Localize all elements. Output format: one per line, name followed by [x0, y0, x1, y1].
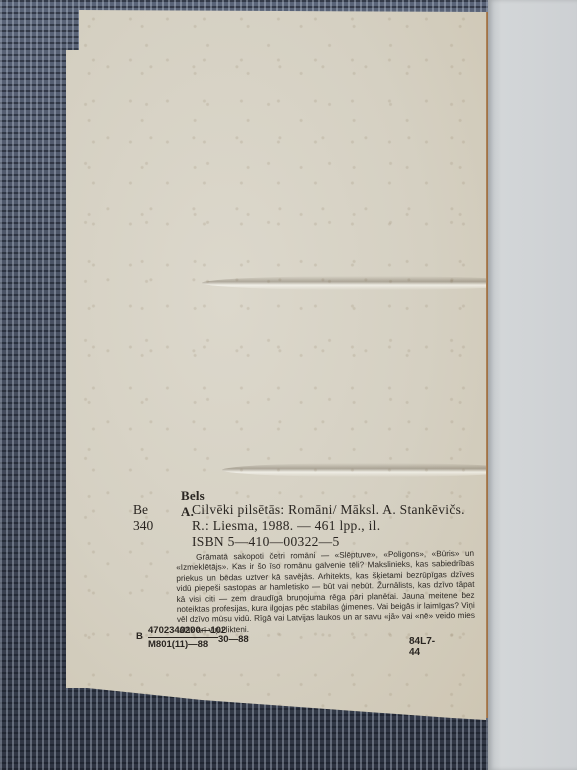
catalog-number: Be 340: [133, 502, 153, 534]
bbk-code: 84L7-44: [409, 636, 435, 658]
book-annotation: Grāmatā sakopoti četri romāni — «Slēptuv…: [176, 549, 475, 636]
classification-numerator: 4702340200—102: [148, 625, 218, 638]
book-title-line: Cilvēki pilsētās: Romāni/ Māksl. A. Stan…: [192, 502, 465, 518]
classification-suffix: 30—88: [218, 634, 249, 645]
facing-page: [488, 0, 577, 770]
classification-fraction: 4702340200—102 M801(11)—88: [148, 625, 218, 650]
classification-denominator: M801(11)—88: [148, 638, 218, 650]
classification-letter: B: [136, 631, 143, 642]
isbn-line: ISBN 5—410—00322—5: [192, 534, 340, 550]
paper-crease: [202, 276, 532, 290]
publication-line: R.: Liesma, 1988. — 461 lpp., il.: [192, 518, 380, 534]
paper-crease: [222, 463, 522, 477]
